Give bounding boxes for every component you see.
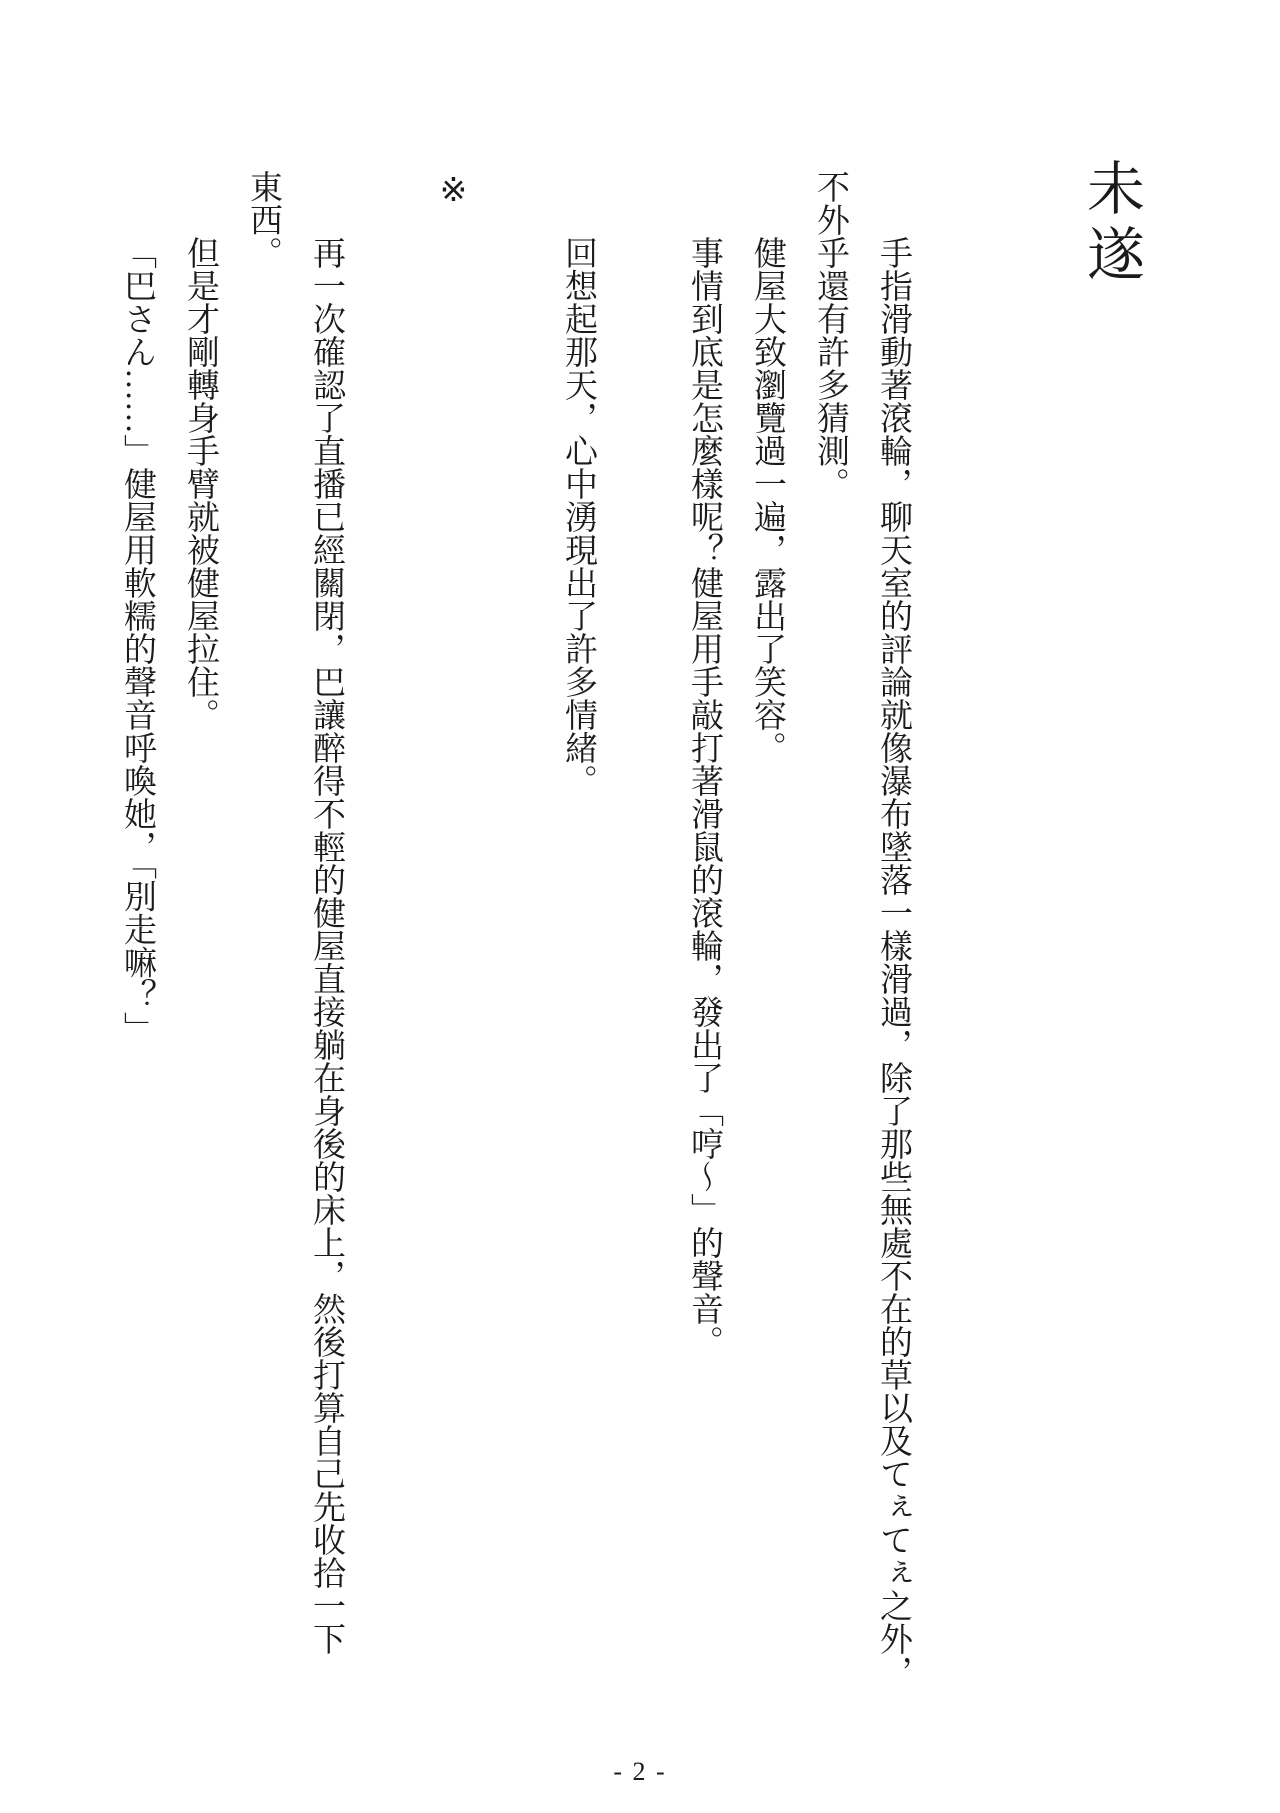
text-column: 手指滑動著滾輪，聊天室的評論就像瀑布墜落一樣滑過，除了那些無處不在的草以及てぇて… xyxy=(861,170,924,1720)
text-column: 但是才剛轉身手臂就被健屋拉住。 xyxy=(168,170,231,1720)
document-page: 未遂 手指滑動著滾輪，聊天室的評論就像瀑布墜落一樣滑過，除了那些無處不在的草以及… xyxy=(0,0,1280,1813)
section-break-mark: ※ xyxy=(420,170,483,1720)
text-column: 事情到底是怎麼樣呢？健屋用手敲打著滑鼠的滾輪，發出了「哼～」的聲音。 xyxy=(672,170,735,1720)
column-spacer xyxy=(483,170,546,1720)
text-column: 不外乎還有許多猜測。 xyxy=(798,170,861,1720)
text-column: 回想起那天，心中湧現出了許多情緒。 xyxy=(546,170,609,1720)
text-column: 東西。 xyxy=(231,170,294,1720)
body-text: 手指滑動著滾輪，聊天室的評論就像瀑布墜落一樣滑過，除了那些無處不在的草以及てぇて… xyxy=(105,170,924,1720)
text-column: 再一次確認了直播已經關閉，巴讓醉得不輕的健屋直接躺在身後的床上，然後打算自己先收… xyxy=(294,170,357,1720)
column-spacer xyxy=(357,170,420,1720)
text-column: 健屋大致瀏覽過一遍，露出了笑容。 xyxy=(735,170,798,1720)
text-column: 「巴さん……」健屋用軟糯的聲音呼喚她，「別走嘛？」 xyxy=(105,170,168,1720)
column-spacer xyxy=(609,170,672,1720)
page-number: - 2 - xyxy=(0,1757,1280,1787)
page-title: 未遂 xyxy=(1078,158,1142,290)
